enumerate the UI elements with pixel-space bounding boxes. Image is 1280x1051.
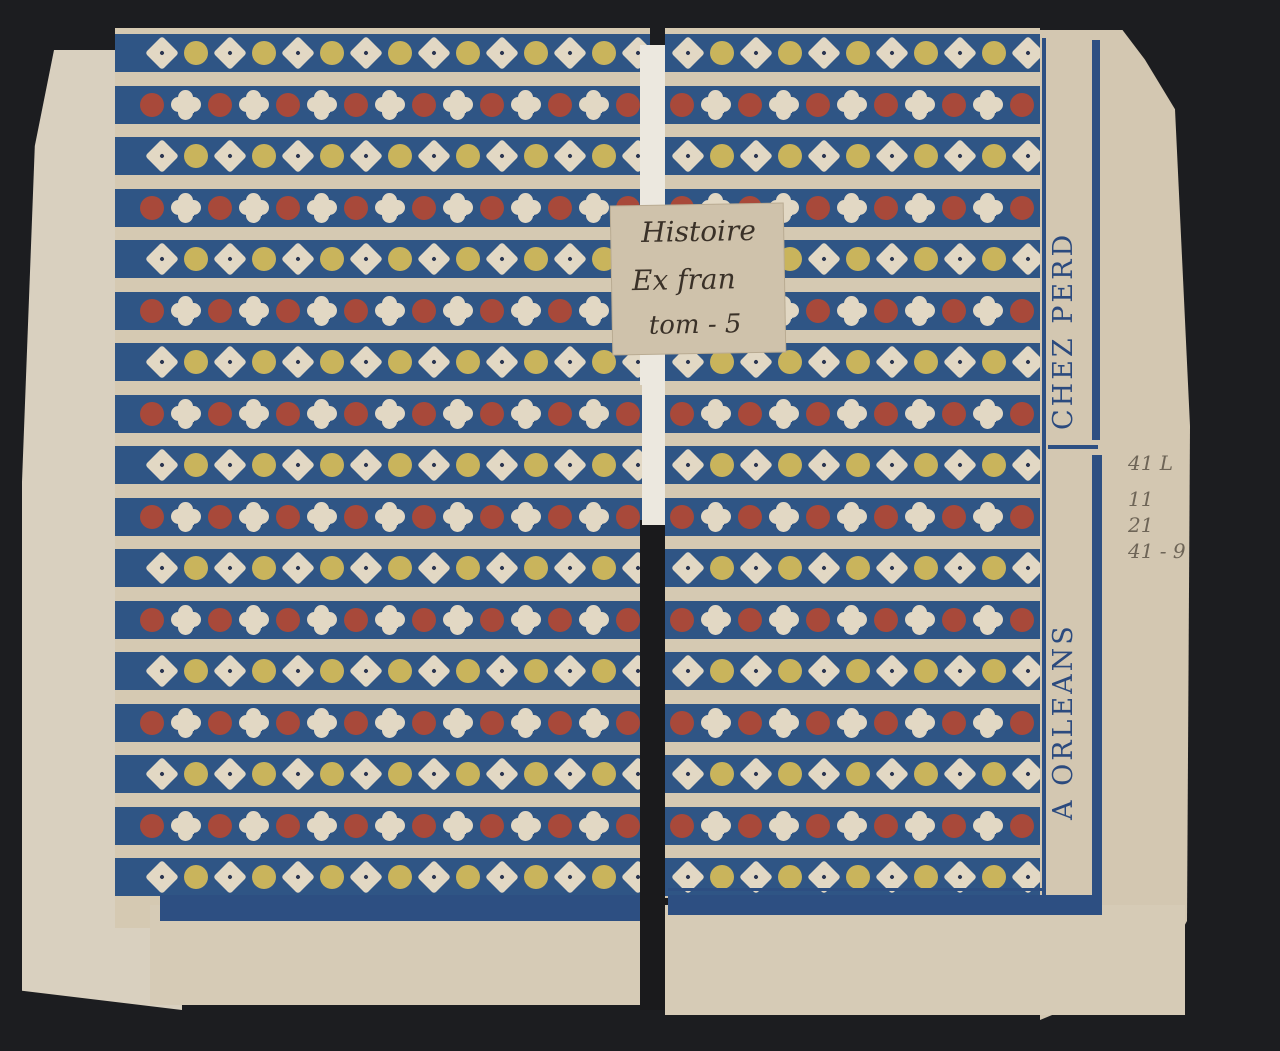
quatrefoil-motif: [699, 397, 733, 431]
yellow-dot-motif: [315, 860, 349, 894]
quatrefoil-motif: [767, 397, 801, 431]
pattern-row-diamond: [115, 549, 650, 587]
diamond-motif: [671, 36, 705, 70]
quatrefoil-motif: [373, 500, 407, 534]
yellow-dot-motif: [841, 345, 875, 379]
yellow-dot-motif: [383, 345, 417, 379]
red-dot-motif: [937, 500, 971, 534]
diamond-motif: [145, 139, 179, 173]
diamond-motif: [213, 242, 247, 276]
red-dot-motif: [475, 706, 509, 740]
yellow-dot-motif: [383, 654, 417, 688]
diamond-motif: [417, 448, 451, 482]
yellow-dot-motif: [909, 448, 943, 482]
quatrefoil-motif: [767, 809, 801, 843]
red-dot-motif: [733, 397, 767, 431]
yellow-dot-motif: [841, 242, 875, 276]
quatrefoil-motif: [577, 706, 611, 740]
diamond-motif: [349, 345, 383, 379]
right-frame-outer-rule: [1092, 40, 1100, 440]
red-dot-motif: [665, 706, 699, 740]
diamond-motif: [485, 242, 519, 276]
quatrefoil-motif: [305, 603, 339, 637]
diamond-motif: [739, 448, 773, 482]
quatrefoil-motif: [971, 397, 1005, 431]
quatrefoil-motif: [699, 88, 733, 122]
diamond-motif: [739, 757, 773, 791]
yellow-dot-motif: [909, 654, 943, 688]
diamond-motif: [145, 36, 179, 70]
pattern-row-quatrefoil: [115, 704, 650, 742]
pattern-row-diamond: [115, 652, 650, 690]
diamond-motif: [281, 448, 315, 482]
red-dot-motif: [475, 397, 509, 431]
quatrefoil-motif: [237, 294, 271, 328]
diamond-motif: [875, 345, 909, 379]
quatrefoil-motif: [441, 603, 475, 637]
diamond-motif: [1011, 139, 1040, 173]
yellow-dot-motif: [705, 36, 739, 70]
red-dot-motif: [339, 500, 373, 534]
quatrefoil-motif: [373, 294, 407, 328]
pattern-row-quatrefoil: [665, 86, 1040, 124]
quatrefoil-motif: [699, 500, 733, 534]
quatrefoil-motif: [373, 191, 407, 225]
diamond-motif: [553, 242, 587, 276]
quatrefoil-motif: [441, 809, 475, 843]
diamond-motif: [417, 757, 451, 791]
yellow-dot-motif: [451, 860, 485, 894]
yellow-dot-motif: [179, 448, 213, 482]
quatrefoil-motif: [441, 191, 475, 225]
diamond-motif: [145, 860, 179, 894]
yellow-dot-motif: [179, 551, 213, 585]
yellow-dot-motif: [179, 860, 213, 894]
pattern-row-quatrefoil: [665, 395, 1040, 433]
diamond-motif: [213, 448, 247, 482]
quatrefoil-motif: [1039, 397, 1040, 431]
quatrefoil-motif: [577, 88, 611, 122]
diamond-motif: [739, 551, 773, 585]
quatrefoil-motif: [1039, 809, 1040, 843]
yellow-dot-motif: [909, 345, 943, 379]
quatrefoil-motif: [835, 603, 869, 637]
quatrefoil-motif: [305, 809, 339, 843]
quatrefoil-motif: [971, 706, 1005, 740]
yellow-dot-motif: [383, 242, 417, 276]
red-dot-motif: [733, 809, 767, 843]
quatrefoil-motif: [577, 294, 611, 328]
red-dot-motif: [407, 294, 441, 328]
red-dot-motif: [869, 603, 903, 637]
red-dot-motif: [135, 88, 169, 122]
diamond-motif: [349, 654, 383, 688]
yellow-dot-motif: [977, 242, 1011, 276]
pattern-row-quatrefoil: [115, 86, 650, 124]
yellow-dot-motif: [519, 860, 553, 894]
yellow-dot-motif: [247, 36, 281, 70]
yellow-dot-motif: [519, 448, 553, 482]
pattern-row-quatrefoil: [115, 395, 650, 433]
pencil-line-2: 11: [1128, 486, 1208, 512]
yellow-dot-motif: [383, 860, 417, 894]
diamond-motif: [349, 448, 383, 482]
red-dot-motif: [801, 294, 835, 328]
diamond-motif: [739, 36, 773, 70]
red-dot-motif: [407, 809, 441, 843]
diamond-motif: [485, 654, 519, 688]
diamond-motif: [553, 757, 587, 791]
quatrefoil-motif: [441, 706, 475, 740]
diamond-motif: [943, 448, 977, 482]
diamond-motif: [213, 36, 247, 70]
quatrefoil-motif: [699, 809, 733, 843]
red-dot-motif: [733, 706, 767, 740]
diamond-motif: [943, 345, 977, 379]
diamond-motif: [213, 860, 247, 894]
diamond-motif: [485, 345, 519, 379]
left-pattern-panel: [115, 28, 650, 928]
red-dot-motif: [543, 603, 577, 637]
quatrefoil-motif: [169, 603, 203, 637]
red-dot-motif: [271, 294, 305, 328]
quatrefoil-motif: [699, 706, 733, 740]
red-dot-motif: [801, 88, 835, 122]
red-dot-motif: [869, 706, 903, 740]
quatrefoil-motif: [305, 191, 339, 225]
red-dot-motif: [543, 809, 577, 843]
quatrefoil-motif: [577, 603, 611, 637]
yellow-dot-motif: [315, 139, 349, 173]
red-dot-motif: [135, 809, 169, 843]
pattern-row-diamond: [665, 755, 1040, 793]
quatrefoil-motif: [441, 88, 475, 122]
yellow-dot-motif: [773, 654, 807, 688]
red-dot-motif: [203, 191, 237, 225]
right-bottom-margin: [665, 905, 1185, 1015]
yellow-dot-motif: [587, 551, 621, 585]
diamond-motif: [875, 448, 909, 482]
yellow-dot-motif: [315, 448, 349, 482]
yellow-dot-motif: [977, 654, 1011, 688]
diamond-motif: [807, 345, 841, 379]
diamond-motif: [417, 242, 451, 276]
yellow-dot-motif: [451, 242, 485, 276]
quatrefoil-motif: [1039, 706, 1040, 740]
yellow-dot-motif: [519, 242, 553, 276]
diamond-motif: [553, 36, 587, 70]
yellow-dot-motif: [451, 551, 485, 585]
quatrefoil-motif: [509, 397, 543, 431]
quatrefoil-motif: [835, 294, 869, 328]
red-dot-motif: [339, 191, 373, 225]
yellow-dot-motif: [451, 139, 485, 173]
yellow-dot-motif: [587, 139, 621, 173]
quatrefoil-motif: [373, 397, 407, 431]
right-frame-inner-rule: [1042, 38, 1046, 908]
red-dot-motif: [135, 500, 169, 534]
yellow-dot-motif: [315, 345, 349, 379]
quatrefoil-motif: [971, 88, 1005, 122]
quatrefoil-motif: [441, 500, 475, 534]
pattern-row-diamond: [115, 446, 650, 484]
diamond-motif: [213, 757, 247, 791]
yellow-dot-motif: [705, 757, 739, 791]
diamond-motif: [213, 139, 247, 173]
red-dot-motif: [135, 706, 169, 740]
yellow-dot-motif: [451, 448, 485, 482]
yellow-dot-motif: [519, 551, 553, 585]
red-dot-motif: [475, 294, 509, 328]
yellow-dot-motif: [247, 860, 281, 894]
yellow-dot-motif: [909, 757, 943, 791]
diamond-motif: [349, 551, 383, 585]
pattern-row-diamond: [665, 652, 1040, 690]
red-dot-motif: [271, 191, 305, 225]
imprint-upper-text: CHEZ PERD: [1048, 232, 1079, 430]
diamond-motif: [807, 551, 841, 585]
red-dot-motif: [135, 294, 169, 328]
quatrefoil-motif: [903, 191, 937, 225]
yellow-dot-motif: [587, 654, 621, 688]
yellow-dot-motif: [587, 860, 621, 894]
pattern-row-diamond: [115, 240, 650, 278]
diamond-motif: [485, 448, 519, 482]
pattern-row-quatrefoil: [115, 601, 650, 639]
diamond-motif: [807, 448, 841, 482]
red-dot-motif: [339, 809, 373, 843]
quatrefoil-motif: [835, 88, 869, 122]
quatrefoil-motif: [441, 397, 475, 431]
red-dot-motif: [1005, 500, 1039, 534]
diamond-motif: [349, 36, 383, 70]
red-dot-motif: [869, 191, 903, 225]
yellow-dot-motif: [519, 36, 553, 70]
diamond-motif: [671, 139, 705, 173]
pencil-line-1: 41 L: [1128, 450, 1208, 476]
diamond-motif: [417, 36, 451, 70]
quatrefoil-motif: [577, 191, 611, 225]
diamond-motif: [1011, 345, 1040, 379]
yellow-dot-motif: [315, 242, 349, 276]
right-pattern-panel: [665, 28, 1040, 898]
pattern-row-diamond: [115, 343, 650, 381]
diamond-motif: [417, 139, 451, 173]
yellow-dot-motif: [247, 654, 281, 688]
quatrefoil-motif: [1039, 191, 1040, 225]
red-dot-motif: [475, 191, 509, 225]
quatrefoil-motif: [237, 88, 271, 122]
quatrefoil-motif: [767, 500, 801, 534]
diamond-motif: [875, 551, 909, 585]
yellow-dot-motif: [179, 757, 213, 791]
diamond-motif: [807, 654, 841, 688]
diamond-motif: [1011, 36, 1040, 70]
yellow-dot-motif: [451, 757, 485, 791]
yellow-dot-motif: [841, 757, 875, 791]
diamond-motif: [281, 345, 315, 379]
diamond-motif: [553, 345, 587, 379]
quatrefoil-motif: [237, 191, 271, 225]
red-dot-motif: [733, 603, 767, 637]
diamond-motif: [485, 860, 519, 894]
quatrefoil-motif: [237, 706, 271, 740]
pattern-row-diamond: [115, 858, 650, 896]
diamond-motif: [1011, 551, 1040, 585]
diamond-motif: [943, 551, 977, 585]
red-dot-motif: [339, 88, 373, 122]
quatrefoil-motif: [971, 500, 1005, 534]
red-dot-motif: [407, 397, 441, 431]
diamond-motif: [875, 654, 909, 688]
yellow-dot-motif: [909, 242, 943, 276]
red-dot-motif: [937, 191, 971, 225]
red-dot-motif: [339, 706, 373, 740]
pattern-row-diamond: [665, 446, 1040, 484]
diamond-motif: [553, 654, 587, 688]
yellow-dot-motif: [247, 139, 281, 173]
red-dot-motif: [665, 88, 699, 122]
red-dot-motif: [801, 809, 835, 843]
yellow-dot-motif: [977, 139, 1011, 173]
pencil-line-3: 21: [1128, 512, 1208, 538]
diamond-motif: [671, 757, 705, 791]
diamond-motif: [943, 242, 977, 276]
diamond-motif: [281, 139, 315, 173]
diamond-motif: [281, 36, 315, 70]
yellow-dot-motif: [315, 36, 349, 70]
quatrefoil-motif: [509, 500, 543, 534]
red-dot-motif: [339, 294, 373, 328]
diamond-motif: [281, 860, 315, 894]
quatrefoil-motif: [767, 88, 801, 122]
red-dot-motif: [937, 88, 971, 122]
yellow-dot-motif: [841, 654, 875, 688]
spine-gap: [640, 520, 668, 1010]
imprint-lower-text: A ORLEANS: [1048, 623, 1079, 820]
red-dot-motif: [665, 603, 699, 637]
diamond-motif: [485, 757, 519, 791]
yellow-dot-motif: [519, 139, 553, 173]
red-dot-motif: [407, 88, 441, 122]
label-line-3: tom - 5: [649, 309, 742, 341]
yellow-dot-motif: [451, 654, 485, 688]
red-dot-motif: [801, 191, 835, 225]
red-dot-motif: [543, 88, 577, 122]
yellow-dot-motif: [179, 139, 213, 173]
quatrefoil-motif: [903, 88, 937, 122]
red-dot-motif: [611, 397, 645, 431]
red-dot-motif: [339, 603, 373, 637]
quatrefoil-motif: [903, 603, 937, 637]
diamond-motif: [807, 36, 841, 70]
yellow-dot-motif: [841, 551, 875, 585]
diamond-motif: [417, 654, 451, 688]
yellow-dot-motif: [773, 139, 807, 173]
red-dot-motif: [475, 809, 509, 843]
red-dot-motif: [203, 809, 237, 843]
quatrefoil-motif: [577, 500, 611, 534]
red-dot-motif: [801, 603, 835, 637]
red-dot-motif: [801, 397, 835, 431]
yellow-dot-motif: [705, 448, 739, 482]
diamond-motif: [1011, 242, 1040, 276]
red-dot-motif: [271, 603, 305, 637]
left-bottom-rule: [160, 895, 648, 921]
pattern-row-quatrefoil: [115, 498, 650, 536]
diamond-motif: [671, 551, 705, 585]
diamond-motif: [145, 345, 179, 379]
red-dot-motif: [407, 706, 441, 740]
diamond-motif: [1011, 654, 1040, 688]
quatrefoil-motif: [903, 500, 937, 534]
pattern-row-quatrefoil: [115, 292, 650, 330]
yellow-dot-motif: [977, 551, 1011, 585]
yellow-dot-motif: [977, 757, 1011, 791]
quatrefoil-motif: [373, 809, 407, 843]
diamond-motif: [553, 551, 587, 585]
yellow-dot-motif: [519, 345, 553, 379]
red-dot-motif: [407, 500, 441, 534]
diamond-motif: [349, 139, 383, 173]
red-dot-motif: [271, 809, 305, 843]
quatrefoil-motif: [835, 191, 869, 225]
diamond-motif: [281, 654, 315, 688]
red-dot-motif: [203, 706, 237, 740]
pattern-row-quatrefoil: [665, 807, 1040, 845]
quatrefoil-motif: [903, 397, 937, 431]
quatrefoil-motif: [305, 706, 339, 740]
quatrefoil-motif: [509, 294, 543, 328]
diamond-motif: [485, 139, 519, 173]
red-dot-motif: [407, 191, 441, 225]
red-dot-motif: [203, 500, 237, 534]
red-dot-motif: [869, 294, 903, 328]
red-dot-motif: [937, 706, 971, 740]
quatrefoil-motif: [1039, 88, 1040, 122]
yellow-dot-motif: [179, 654, 213, 688]
red-dot-motif: [937, 397, 971, 431]
diamond-motif: [145, 757, 179, 791]
quatrefoil-motif: [509, 706, 543, 740]
diamond-motif: [281, 757, 315, 791]
quatrefoil-motif: [903, 706, 937, 740]
diamond-motif: [943, 36, 977, 70]
quatrefoil-motif: [767, 603, 801, 637]
pattern-row-diamond: [115, 755, 650, 793]
yellow-dot-motif: [841, 139, 875, 173]
quatrefoil-motif: [509, 809, 543, 843]
red-dot-motif: [1005, 88, 1039, 122]
red-dot-motif: [135, 603, 169, 637]
yellow-dot-motif: [383, 36, 417, 70]
pencil-line-4: 41 - 9: [1128, 538, 1208, 564]
yellow-dot-motif: [705, 654, 739, 688]
imprint-separator: [1048, 445, 1098, 449]
yellow-dot-motif: [247, 448, 281, 482]
red-dot-motif: [203, 88, 237, 122]
red-dot-motif: [135, 191, 169, 225]
quatrefoil-motif: [373, 706, 407, 740]
yellow-dot-motif: [179, 36, 213, 70]
yellow-dot-motif: [451, 36, 485, 70]
quatrefoil-motif: [971, 294, 1005, 328]
diamond-motif: [807, 242, 841, 276]
red-dot-motif: [665, 397, 699, 431]
yellow-dot-motif: [519, 654, 553, 688]
yellow-dot-motif: [909, 139, 943, 173]
diamond-motif: [281, 242, 315, 276]
